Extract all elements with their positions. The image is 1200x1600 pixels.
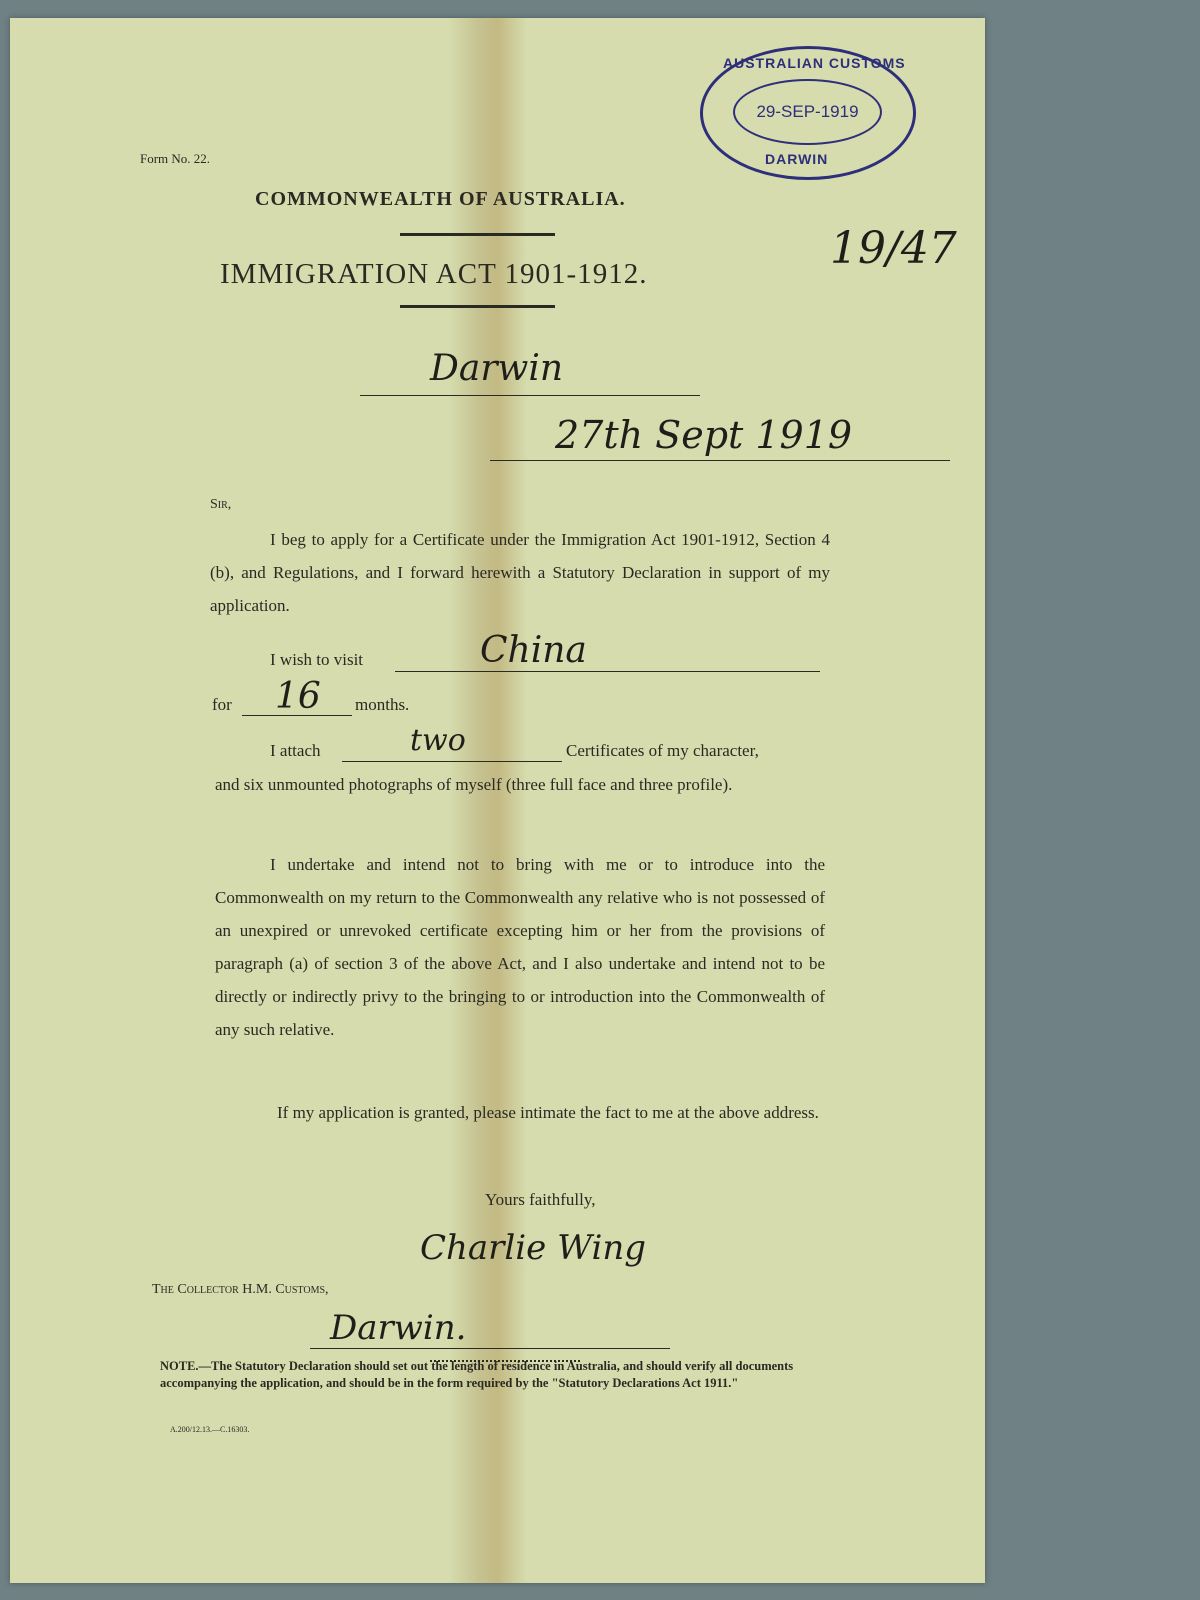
letter-date: 27th Sept 1919: [555, 413, 852, 457]
visit-line: [395, 671, 820, 672]
divider: [400, 233, 555, 236]
attach-photographs: and six unmounted photographs of myself …: [215, 768, 825, 801]
attach-suffix: Certificates of my character,: [566, 734, 759, 767]
letter-place: Darwin: [430, 348, 563, 389]
visit-label: I wish to visit: [270, 643, 363, 676]
divider: [400, 305, 555, 308]
attach-count: two: [410, 723, 466, 758]
place-line: [360, 393, 700, 396]
file-reference: 19/47: [830, 223, 957, 274]
jurisdiction-heading: COMMONWEALTH OF AUSTRALIA.: [255, 188, 626, 211]
attach-line: [342, 761, 562, 762]
date-line: [490, 458, 950, 461]
duration-value: 16: [275, 676, 321, 717]
application-paragraph: I beg to apply for a Certificate under t…: [210, 523, 830, 622]
signature: Charlie Wing: [420, 1228, 646, 1268]
act-title: IMMIGRATION ACT 1901-1912.: [220, 258, 647, 291]
granted-paragraph: If my application is granted, please int…: [222, 1096, 827, 1129]
salutation: Sir,: [210, 488, 231, 521]
undertaking-paragraph: I undertake and intend not to bring with…: [215, 848, 825, 1046]
customs-stamp: AUSTRALIAN CUSTOMS 29-SEP-1919 DARWIN: [700, 46, 916, 180]
form-number: Form No. 22.: [140, 151, 210, 167]
addressee-place: Darwin.: [330, 1308, 466, 1348]
footer-note: NOTE.—The Statutory Declaration should s…: [160, 1358, 850, 1392]
duration-prefix: for: [212, 688, 232, 721]
attach-prefix: I attach: [270, 734, 321, 767]
stamp-top-text: AUSTRALIAN CUSTOMS: [723, 55, 906, 71]
visit-destination: China: [480, 630, 587, 671]
stamp-date: 29-SEP-1919: [733, 79, 882, 145]
closing: Yours faithfully,: [485, 1183, 596, 1216]
immigration-form-page: AUSTRALIAN CUSTOMS 29-SEP-1919 DARWIN Fo…: [10, 18, 985, 1583]
print-reference: A.200/12.13.—C.16303.: [170, 1425, 249, 1434]
addressee: The Collector H.M. Customs,: [152, 1273, 329, 1306]
addressee-line: [310, 1348, 670, 1349]
stamp-bottom-text: DARWIN: [765, 151, 828, 167]
duration-suffix: months.: [355, 688, 409, 721]
